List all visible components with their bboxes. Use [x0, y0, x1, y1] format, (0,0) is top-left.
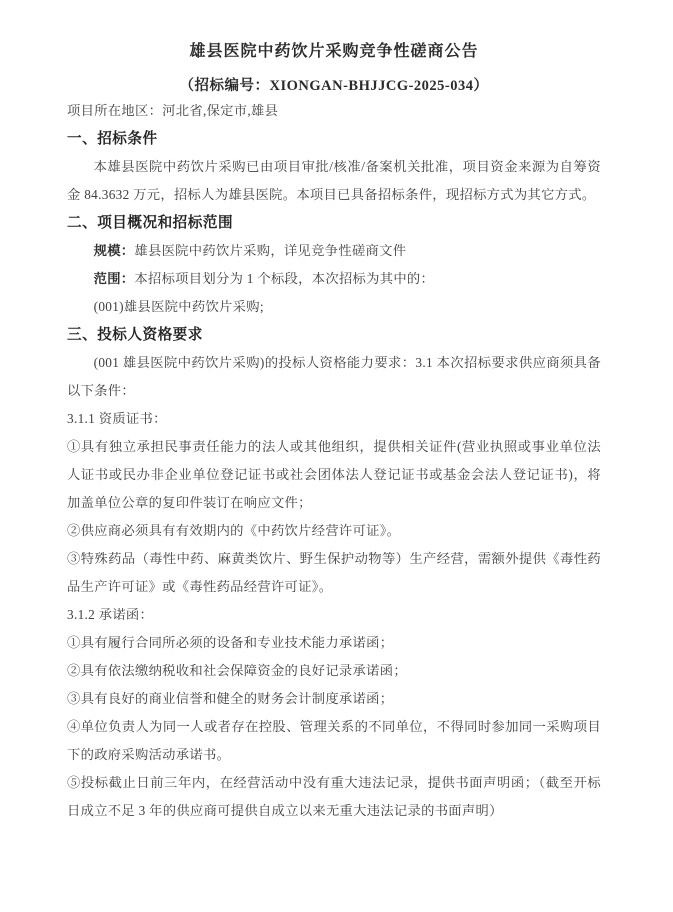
section1-paragraph: 本雄县医院中药饮片采购已由项目审批/核准/备案机关批准，项目资金来源为自筹资金 … — [67, 153, 601, 209]
scale-line: 规模：雄县医院中药饮片采购，详见竞争性磋商文件 — [67, 237, 601, 265]
section1-heading: 一、招标条件 — [67, 125, 601, 153]
scope-text: 本招标项目划分为 1 个标段，本次招标为其中的： — [134, 271, 434, 286]
sub2-item-2: ②具有依法缴纳税收和社会保障资金的良好记录承诺函； — [67, 657, 601, 685]
sub1-item-1: ①具有独立承担民事责任能力的法人或其他组织，提供相关证件(营业执照或事业单位法人… — [67, 433, 601, 517]
sub2-item-5: ⑤投标截止日前三年内，在经营活动中没有重大违法记录，提供书面声明函；（截至开标日… — [67, 769, 601, 825]
scope-label: 范围： — [94, 271, 135, 286]
page-title: 雄县医院中药饮片采购竞争性磋商公告 — [67, 40, 601, 64]
section2-heading: 二、项目概况和招标范围 — [67, 209, 601, 237]
scale-text: 雄县医院中药饮片采购，详见竞争性磋商文件 — [134, 243, 406, 258]
lot-line: (001)雄县医院中药饮片采购; — [67, 293, 601, 321]
sub2-item-3: ③具有良好的商业信誉和健全的财务会计制度承诺函； — [67, 685, 601, 713]
section3-intro: (001 雄县医院中药饮片采购)的投标人资格能力要求：3.1 本次招标要求供应商… — [67, 349, 601, 405]
sub1-item-3: ③特殊药品（毒性中药、麻黄类饮片、野生保护动物等）生产经营，需额外提供《毒性药品… — [67, 545, 601, 601]
scale-label: 规模： — [94, 243, 135, 258]
announcement-document: 雄县医院中药饮片采购竞争性磋商公告 （招标编号：XIONGAN-BHJJCG-2… — [0, 0, 673, 912]
sub2-heading: 3.1.2 承诺函： — [67, 601, 601, 629]
tender-number-subtitle: （招标编号：XIONGAN-BHJJCG-2025-034） — [67, 75, 601, 97]
sub1-item-2: ②供应商必须具有有效期内的《中药饮片经营许可证》。 — [67, 517, 601, 545]
document-content: 雄县医院中药饮片采购竞争性磋商公告 （招标编号：XIONGAN-BHJJCG-2… — [0, 0, 673, 825]
project-region-line: 项目所在地区：河北省,保定市,雄县 — [67, 97, 601, 125]
sub2-item-1: ①具有履行合同所必须的设备和专业技术能力承诺函； — [67, 629, 601, 657]
section3-heading: 三、投标人资格要求 — [67, 321, 601, 349]
scope-line: 范围：本招标项目划分为 1 个标段，本次招标为其中的： — [67, 265, 601, 293]
sub1-heading: 3.1.1 资质证书： — [67, 405, 601, 433]
sub2-item-4: ④单位负责人为同一人或者存在控股、管理关系的不同单位，不得同时参加同一采购项目下… — [67, 713, 601, 769]
